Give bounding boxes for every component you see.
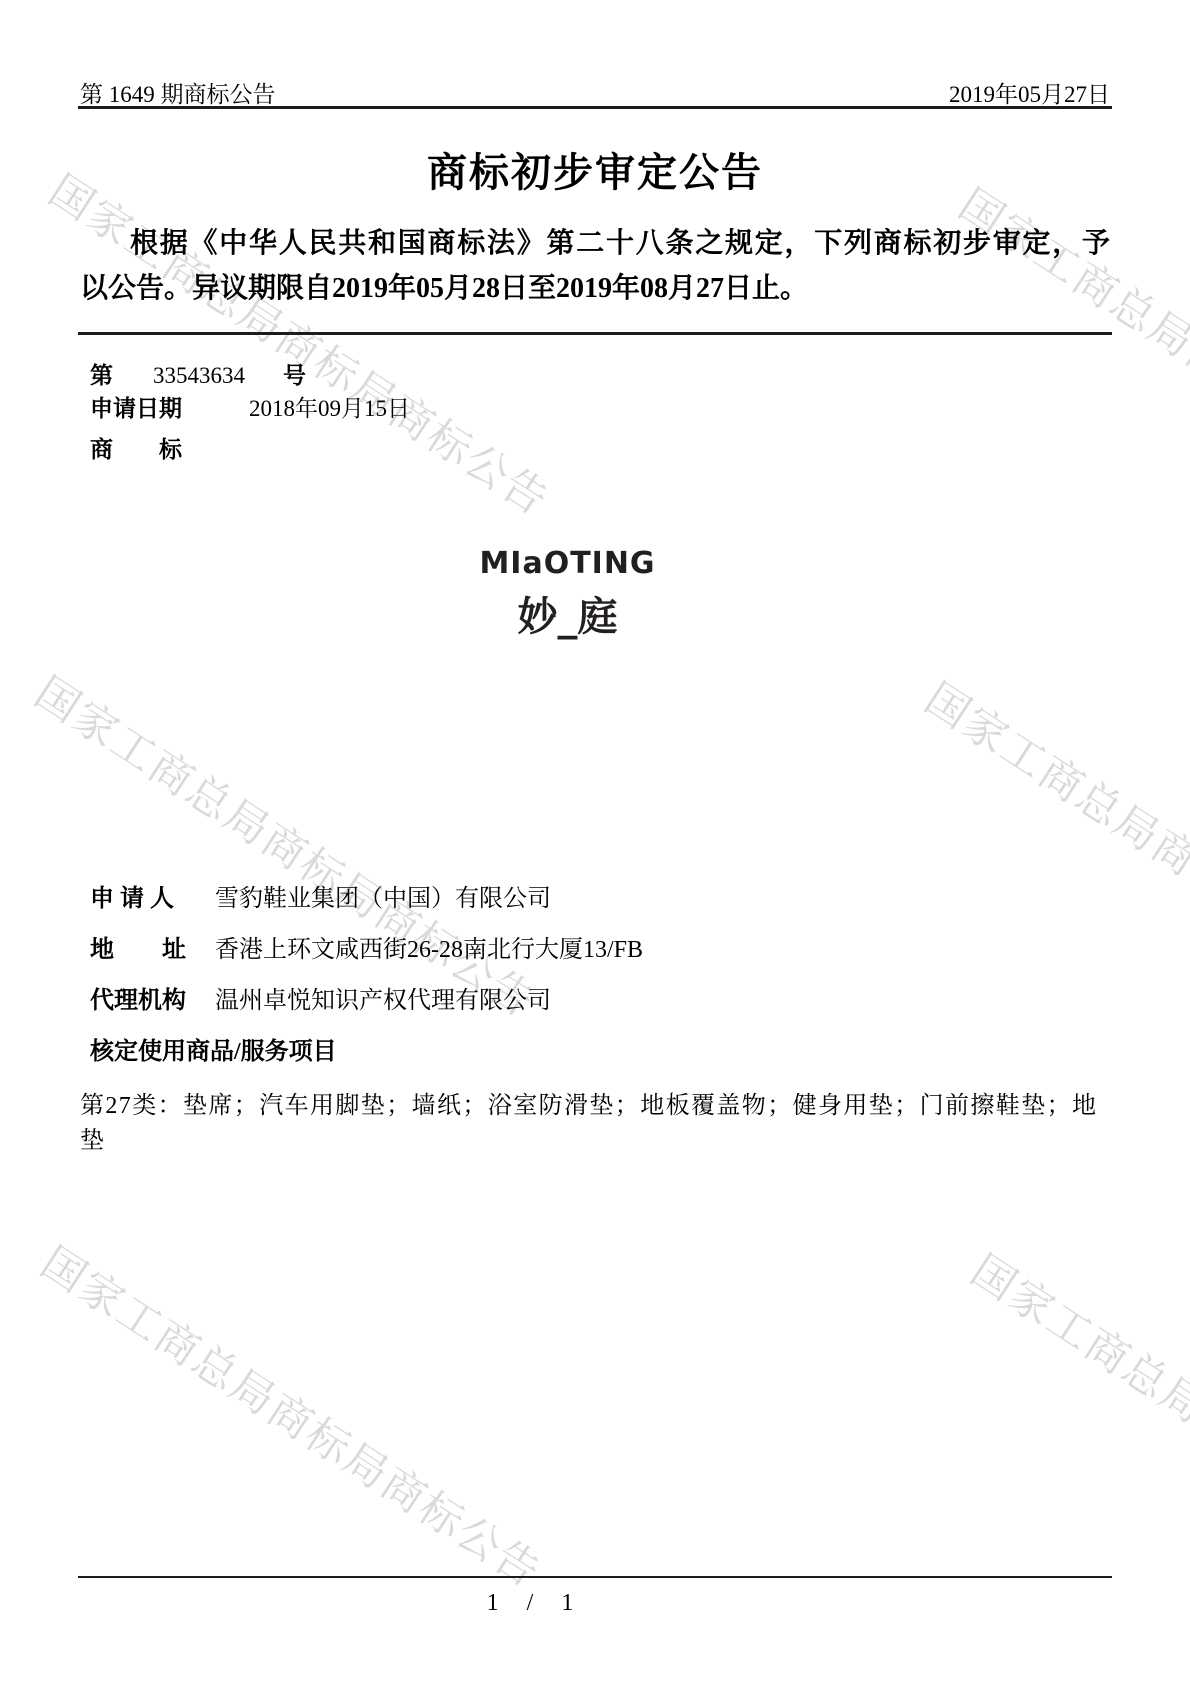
applicant-row: 申 请 人雪豹鞋业集团（中国）有限公司 xyxy=(90,878,551,913)
page-number-separator: / xyxy=(527,1590,534,1616)
address-label: 地 址 xyxy=(90,929,186,964)
trademark-label-row: 商 标 xyxy=(90,431,182,464)
goods-items: 第27类：垫席；汽车用脚垫；墙纸；浴室防滑垫；地板覆盖物；健身用垫；门前擦鞋垫；… xyxy=(80,1085,1112,1155)
page-number-total: 1 xyxy=(561,1590,573,1616)
agency-label: 代理机构 xyxy=(90,980,186,1015)
number-suffix-label: 号 xyxy=(283,363,306,388)
registration-number: 33543634 xyxy=(153,363,245,388)
gazette-issue-label: 第 1649 期商标公告 xyxy=(80,76,276,109)
watermark-text: 国家工商总局商标局商标公告 xyxy=(31,1230,555,1600)
number-prefix-label: 第 xyxy=(90,363,113,388)
watermark-text: 国家工商总局商标局商标公告 xyxy=(25,660,549,1030)
gazette-date: 2019年05月27日 xyxy=(949,76,1110,109)
address-value: 香港上环文咸西街26-28南北行大厦13/FB xyxy=(215,937,643,963)
apply-date-value: 2018年09月15日 xyxy=(249,396,410,421)
intro-line-2: 以公告。异议期限自2019年05月28日至2019年08月27日止。 xyxy=(80,266,1110,311)
header-divider xyxy=(78,106,1112,109)
gazette-page: 国家工商总局商标局商标公告 国家工商总局商标局商标公告 国家工商总局商标局商标公… xyxy=(0,0,1190,1684)
trademark-label: 商 标 xyxy=(90,437,182,462)
page-number-current: 1 xyxy=(487,1590,499,1616)
goods-heading: 核定使用商品/服务项目 xyxy=(90,1031,337,1066)
intro-paragraph: 根据《中华人民共和国商标法》第二十八条之规定，下列商标初步审定，予 以公告。异议… xyxy=(80,221,1110,311)
page-title: 商标初步审定公告 xyxy=(80,141,1110,198)
watermark-text: 国家工商总局商标局商标公告 xyxy=(961,1238,1190,1608)
footer-divider xyxy=(78,1576,1112,1578)
applicant-label: 申 请 人 xyxy=(90,878,186,913)
agency-value: 温州卓悦知识产权代理有限公司 xyxy=(215,988,551,1014)
apply-date-label: 申请日期 xyxy=(90,396,182,421)
trademark-logo: MIaOTING 妙_庭 xyxy=(80,546,1055,642)
intro-line-1: 根据《中华人民共和国商标法》第二十八条之规定，下列商标初步审定，予 xyxy=(80,221,1110,266)
applicant-value: 雪豹鞋业集团（中国）有限公司 xyxy=(215,886,551,912)
registration-number-row: 第33543634号 xyxy=(90,357,306,390)
trademark-logo-latin: MIaOTING xyxy=(80,546,1055,581)
apply-date-row: 申请日期2018年09月15日 xyxy=(90,390,410,423)
address-row: 地 址香港上环文咸西街26-28南北行大厦13/FB xyxy=(90,929,643,964)
watermark-text: 国家工商总局商标局商标公告 xyxy=(915,666,1190,1036)
page-header: 第 1649 期商标公告 2019年05月27日 xyxy=(80,76,1110,109)
watermark-text: 国家工商总局商标局商标公告 xyxy=(39,158,563,528)
page-footer: 1/1 xyxy=(80,1590,980,1617)
section-divider xyxy=(78,332,1112,335)
trademark-logo-cjk: 妙_庭 xyxy=(80,585,1055,642)
agency-row: 代理机构温州卓悦知识产权代理有限公司 xyxy=(90,980,551,1015)
